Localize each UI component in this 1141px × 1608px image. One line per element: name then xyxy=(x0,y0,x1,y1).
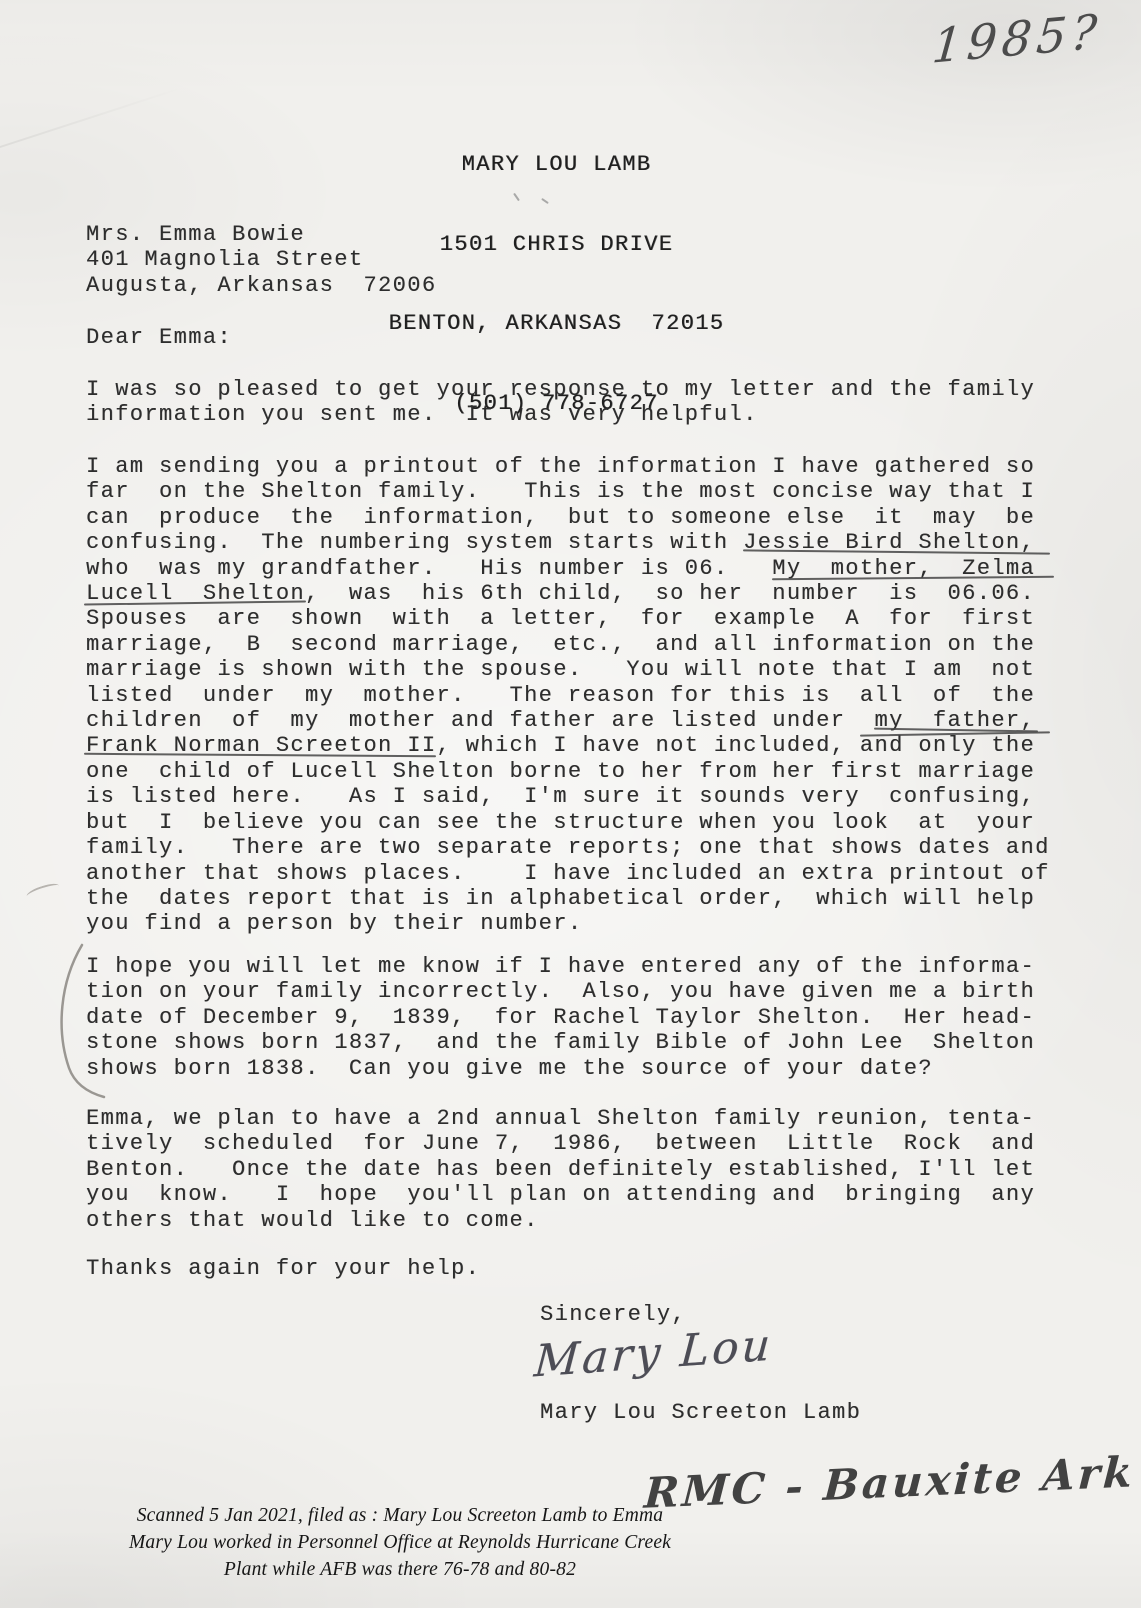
handwritten-signature: Mary Lou xyxy=(532,1319,774,1387)
body-paragraph-1: I was so pleased to get your response to… xyxy=(86,377,1035,428)
handwritten-year-annotation: 1985? xyxy=(930,4,1104,74)
letterhead-name: MARY LOU LAMB xyxy=(86,152,1027,179)
scan-caption: Scanned 5 Jan 2021, filed as : Mary Lou … xyxy=(100,1502,700,1583)
closing-thanks-line: Thanks again for your help. xyxy=(86,1256,480,1281)
margin-parenthesis-mark xyxy=(52,942,122,1102)
letter-page: 1985? MARY LOU LAMB 1501 CHRIS DRIVE BEN… xyxy=(0,0,1141,1608)
typed-signature-name: Mary Lou Screeton Lamb xyxy=(540,1400,861,1425)
salutation: Dear Emma: xyxy=(86,325,232,350)
handwritten-filing-note: RMC - Bauxite Ark xyxy=(643,1447,1137,1518)
valediction: Sincerely, xyxy=(540,1302,686,1327)
recipient-address: Mrs. Emma Bowie 401 Magnolia Street Augu… xyxy=(86,222,436,298)
body-paragraph-4: Emma, we plan to have a 2nd annual Shelt… xyxy=(86,1106,1035,1233)
pencil-squiggle-mark xyxy=(25,881,60,901)
body-paragraph-2: I am sending you a printout of the infor… xyxy=(86,454,1050,937)
body-paragraph-3: I hope you will let me know if I have en… xyxy=(86,954,1035,1081)
